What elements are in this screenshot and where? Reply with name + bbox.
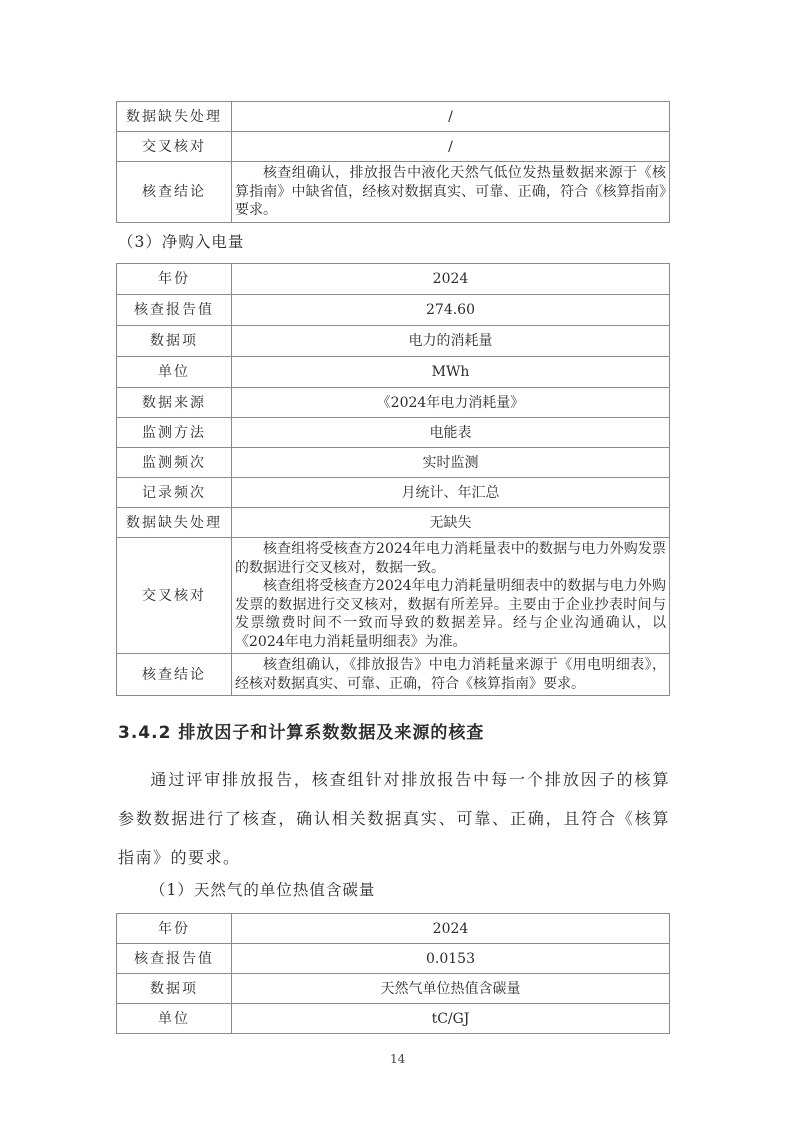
row-key: 核查报告值 (117, 944, 232, 974)
page-number: 14 (390, 1052, 405, 1066)
row-value: 无缺失 (232, 508, 670, 538)
section-title-purchased-electricity: （3）净购入电量 (118, 230, 244, 252)
row-value: 核查组确认，排放报告中液化天然气低位发热量数据来源于《核算指南》中缺省值，经核对… (235, 164, 666, 220)
table-row-cross-check: 交叉核对 核查组将受核查方2024年电力消耗量表中的数据与电力外购发票的数据进行… (117, 538, 670, 654)
row-value: 电力的消耗量 (232, 326, 670, 357)
table-row: 单位MWh (117, 357, 670, 388)
heading-3-4-2: 3.4.2 排放因子和计算系数数据及来源的核查 (118, 718, 484, 743)
row-value: 2024 (232, 914, 670, 944)
row-key: 数据缺失处理 (117, 102, 232, 132)
row-value: 电能表 (232, 418, 670, 448)
section-title-ng-carbon-content: （1）天然气的单位热值含碳量 (150, 878, 375, 900)
row-key: 单位 (117, 1004, 232, 1034)
row-value: 《2024年电力消耗量》 (232, 388, 670, 418)
table-row: 单位tC/GJ (117, 1004, 670, 1034)
row-key: 数据缺失处理 (117, 508, 232, 538)
conclusion-text: 核查组确认，《排放报告》中电力消耗量来源于《用电明细表》，经核对数据真实、可靠、… (235, 656, 666, 693)
cross-check-para-1: 核查组将受核查方2024年电力消耗量表中的数据与电力外购发票的数据进行交叉核对，… (235, 540, 666, 577)
table-row: 数据来源《2024年电力消耗量》 (117, 388, 670, 418)
row-key: 数据项 (117, 974, 232, 1004)
row-value: / (232, 102, 670, 132)
cross-check-para-2: 核查组将受核查方2024年电力消耗量明细表中的数据与电力外购发票的数据进行交叉核… (235, 577, 666, 651)
row-value: 月统计、年汇总 (232, 478, 670, 508)
table-row: 核查报告值0.0153 (117, 944, 670, 974)
table-purchased-electricity: 年份2024 核查报告值274.60 数据项电力的消耗量 单位MWh 数据来源《… (116, 263, 670, 696)
row-value: 2024 (232, 264, 670, 295)
table-ng-carbon-content: 年份2024 核查报告值0.0153 数据项天然气单位热值含碳量 单位tC/GJ (116, 913, 670, 1034)
table-row: 数据缺失处理无缺失 (117, 508, 670, 538)
row-value: / (232, 132, 670, 162)
row-value: MWh (232, 357, 670, 388)
row-key: 核查结论 (117, 654, 232, 696)
body-paragraph: 通过评审排放报告，核查组针对排放报告中每一个排放因子的核算参数数据进行了核查，确… (118, 760, 670, 877)
row-key: 单位 (117, 357, 232, 388)
table-row: 核查结论 核查组确认，排放报告中液化天然气低位发热量数据来源于《核算指南》中缺省… (117, 162, 670, 223)
row-key: 数据项 (117, 326, 232, 357)
row-key: 年份 (117, 264, 232, 295)
body-paragraph-text: 通过评审排放报告，核查组针对排放报告中每一个排放因子的核算参数数据进行了核查，确… (118, 770, 670, 867)
table-row: 记录频次月统计、年汇总 (117, 478, 670, 508)
table-row: 核查报告值274.60 (117, 295, 670, 326)
row-key: 核查报告值 (117, 295, 232, 326)
row-value: 天然气单位热值含碳量 (232, 974, 670, 1004)
table-row: 年份2024 (117, 264, 670, 295)
row-key: 交叉核对 (117, 132, 232, 162)
table-lng-heat-value-tail: 数据缺失处理 / 交叉核对 / 核查结论 核查组确认，排放报告中液化天然气低位发… (116, 101, 670, 223)
row-key: 监测方法 (117, 418, 232, 448)
row-key: 监测频次 (117, 448, 232, 478)
row-key: 年份 (117, 914, 232, 944)
row-value: 实时监测 (232, 448, 670, 478)
row-value: tC/GJ (232, 1004, 670, 1034)
table-row: 交叉核对 / (117, 132, 670, 162)
row-key: 记录频次 (117, 478, 232, 508)
table-row: 数据项电力的消耗量 (117, 326, 670, 357)
table-row: 数据项天然气单位热值含碳量 (117, 974, 670, 1004)
table-row: 监测频次实时监测 (117, 448, 670, 478)
row-key: 核查结论 (117, 162, 232, 223)
row-value: 0.0153 (232, 944, 670, 974)
row-key: 数据来源 (117, 388, 232, 418)
table-row: 监测方法电能表 (117, 418, 670, 448)
row-value: 274.60 (232, 295, 670, 326)
row-key: 交叉核对 (117, 538, 232, 654)
table-row-conclusion: 核查结论 核查组确认，《排放报告》中电力消耗量来源于《用电明细表》，经核对数据真… (117, 654, 670, 696)
table-row: 数据缺失处理 / (117, 102, 670, 132)
table-row: 年份2024 (117, 914, 670, 944)
